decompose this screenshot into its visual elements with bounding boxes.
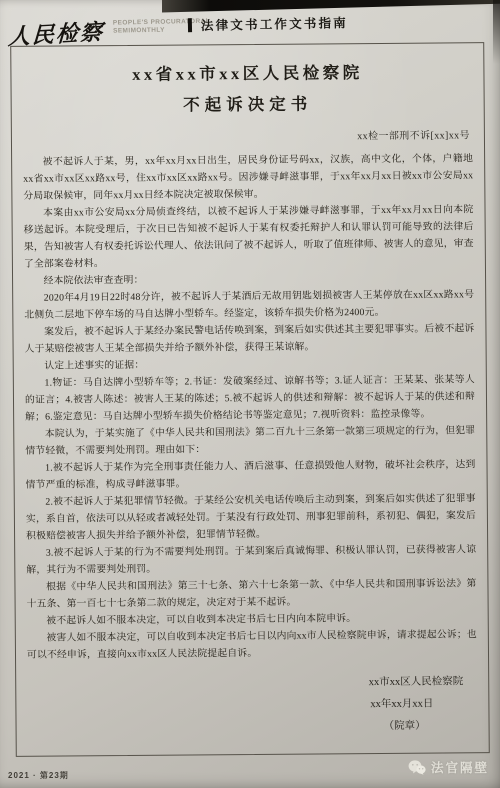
document-paragraph: 1.物证：马自达牌小型轿车等；2.书证：发破案经过、谅解书等；3.证人证言：王某… [25, 371, 475, 426]
document-paragraph: 案发后，被不起诉人于某经办案民警电话传唤到案，到案后如实供述其主要犯罪事实。后被… [24, 320, 474, 358]
signature-seal: （院章） [28, 715, 478, 741]
photo-corner-shade [493, 0, 500, 64]
watermark-text: 法官隔壁 [431, 758, 489, 776]
document-paragraph: 本案由xx市公安局xx分局侦查终结，以被不起诉人于某涉嫌寻衅滋事罪，于xx年xx… [23, 201, 474, 273]
document-paragraph: 3.被不起诉人于某的行为不需要判处刑罚。于某到案后真诚悔罪、积极认罪认罚，已获得… [26, 541, 476, 579]
document-paragraph: 本院认为，于某实施了《中华人民共和国刑法》第二百九十三条第一款第三项规定的行为，… [25, 422, 475, 460]
document-paragraph: 2.被不起诉人于某犯罪情节轻微。于某经公安机关电话传唤后主动到案，到案后如实供述… [26, 490, 476, 545]
document-number: xx检一部刑不诉[xx]xx号 [23, 126, 470, 145]
document-body: 被不起诉人于某，男，xx年xx月xx日出生，居民身份证号码xx，汉族，高中文化，… [23, 150, 477, 664]
wechat-watermark: 法官隔壁 [408, 758, 489, 776]
document-border-box: xx省xx市xx区人民检察院 不起诉决定书 xx检一部刑不诉[xx]xx号 被不… [10, 42, 490, 757]
wechat-icon [408, 760, 426, 775]
document-paragraph: 2020年4月19日22时48分许，被不起诉人于某酒后无故用钥匙划损被害人王某停… [24, 286, 474, 324]
document-title-line2: 不起诉决定书 [23, 89, 473, 117]
document-paragraph: 根据《中华人民共和国刑法》第三十七条、第六十七条第一款、《中华人民共和国刑事诉讼… [26, 575, 476, 613]
document-paragraph: 被害人如不服本决定，可以自收到本决定书后七日以内向xx市人民检察院申诉，请求提起… [27, 626, 477, 664]
issue-number: 2021 · 第23期 [8, 770, 69, 781]
document-paragraph: 被不起诉人于某，男，xx年xx月xx日出生，居民身份证号码xx，汉族，高中文化，… [23, 150, 473, 205]
signature-block: xx市xx区人民检察院 xx年xx月xx日 （院章） [27, 671, 478, 741]
section-tick-icon [188, 18, 192, 32]
magazine-subtitle-line2: SEMIMONTHLY [113, 26, 165, 34]
magazine-page-photo: 人民检察 PEOPLE'S PROCURATORAL SEMIMONTHLY 法… [0, 0, 500, 788]
section-title: 法律文书工作文书指南 [201, 13, 348, 34]
document-paragraph: 1.被不起诉人于某作为完全刑事责任能力人、酒后滋事、任意损毁他人财物，破坏社会秩… [25, 456, 475, 494]
section-header: 法律文书工作文书指南 [188, 13, 348, 34]
document-title-line1: xx省xx市xx区人民检察院 [22, 58, 472, 86]
